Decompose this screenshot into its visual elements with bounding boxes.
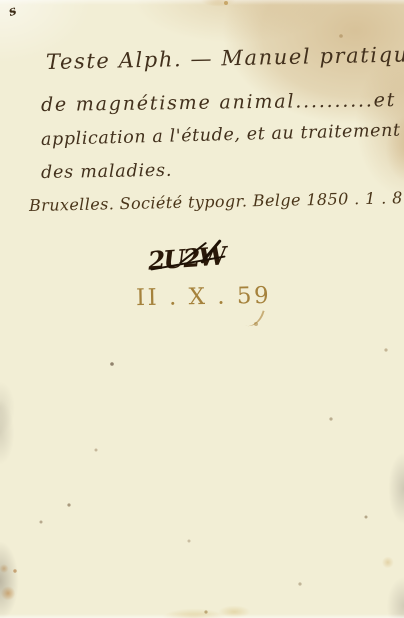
catalog-card-scan: s Teste Alph. — Manuel pratique de magné… <box>0 0 404 618</box>
pen-flourish <box>243 306 264 330</box>
entry-imprint-line: Bruxelles. Société typogr. Belge 1850 . … <box>29 188 404 215</box>
entry-title-line-3: application a l'étude, et au traitement <box>41 121 401 150</box>
foxing-speckles <box>0 0 2 2</box>
entry-author-title-line: Teste Alph. — Manuel pratique <box>46 42 404 74</box>
corner-ink-mark: s <box>7 3 19 20</box>
entry-title-line-4: des maladies. <box>41 161 173 183</box>
entry-title-line-2: de magnétisme animal..........et <box>41 89 396 116</box>
